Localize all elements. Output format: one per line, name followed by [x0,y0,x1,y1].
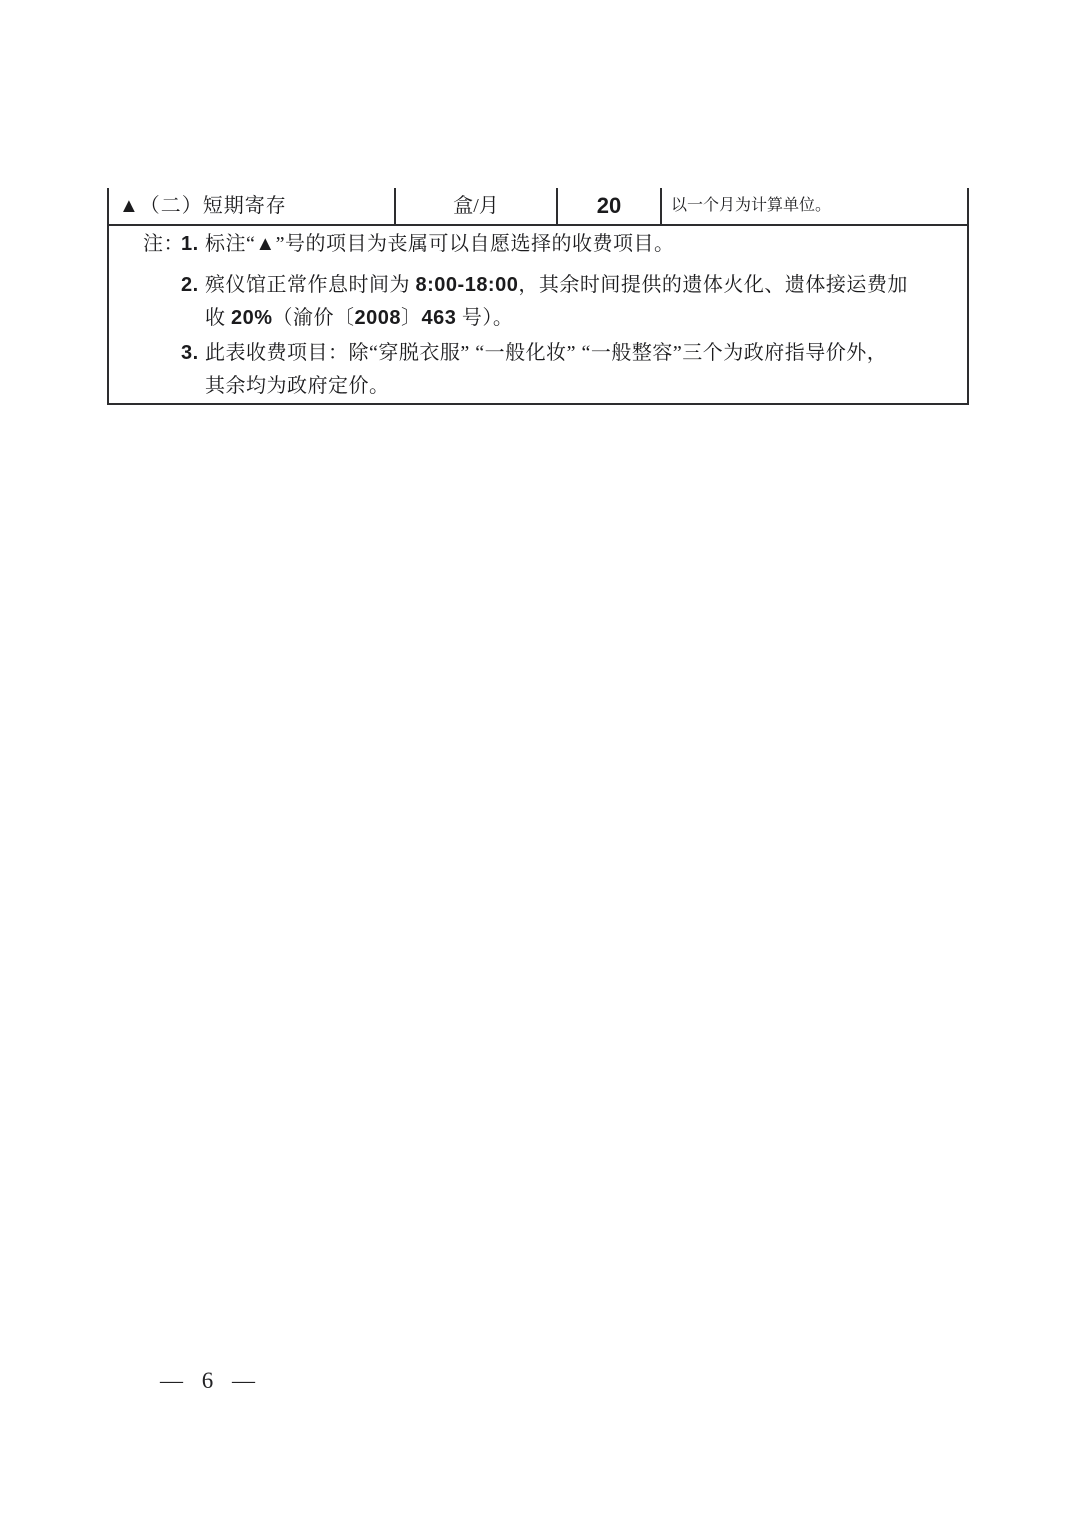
text-segment: 其余均为政府定价。 [205,375,390,397]
cell-item-name: ▲（二）短期寄存 [109,188,396,224]
text-segment: （渝价〔 [273,307,355,329]
text-segment: 此表收费项目：除“穿脱衣服” “一般化妆” “一般整容”三个为政府指导价外， [205,342,887,364]
note-number: 2. [181,269,205,302]
text-segment: 收 [205,307,231,329]
page-number: — 6 — [160,1368,257,1394]
cell-remark: 以一个月为计算单位。 [662,188,967,224]
notes-label: 注： [143,228,181,261]
text-segment: 号）。 [456,307,513,329]
text-segment: 〕 [401,307,422,329]
notes-list: 注：1.标注“▲”号的项目为丧属可以自愿选择的收费项目。2.殡仪馆正常作息时间为… [109,226,967,403]
fee-table-fragment: ▲（二）短期寄存 盒/月 20 以一个月为计算单位。 注：1.标注“▲”号的项目… [107,188,969,405]
note-number: 3. [181,337,205,370]
note-line: 收 20%（渝价〔2008〕463 号）。 [205,302,955,335]
cell-unit: 盒/月 [396,188,558,224]
text-segment: 463 [422,307,457,329]
note-line: 2.殡仪馆正常作息时间为 8:00-18:00，其余时间提供的遗体火化、遗体接运… [181,269,955,302]
cell-price: 20 [558,188,662,224]
note-line: 注：1.标注“▲”号的项目为丧属可以自愿选择的收费项目。 [143,228,955,261]
note-item: 3.此表收费项目：除“穿脱衣服” “一般化妆” “一般整容”三个为政府指导价外，… [143,337,955,403]
text-segment: 2008 [355,307,402,329]
text-segment: 标注“▲”号的项目为丧属可以自愿选择的收费项目。 [205,233,675,255]
note-number: 1. [181,228,205,261]
note-item: 注：1.标注“▲”号的项目为丧属可以自愿选择的收费项目。 [143,228,955,261]
text-segment: 20% [231,307,273,329]
note-line: 其余均为政府定价。 [205,370,955,403]
text-segment: 殡仪馆正常作息时间为 [205,274,416,296]
note-line: 3.此表收费项目：除“穿脱衣服” “一般化妆” “一般整容”三个为政府指导价外， [181,337,955,370]
text-segment: ，其余时间提供的遗体火化、遗体接运费加 [518,274,908,296]
note-item: 2.殡仪馆正常作息时间为 8:00-18:00，其余时间提供的遗体火化、遗体接运… [143,269,955,335]
text-segment: 8:00-18:00 [416,274,519,296]
table-row: ▲（二）短期寄存 盒/月 20 以一个月为计算单位。 [109,188,967,226]
document-page: ▲（二）短期寄存 盒/月 20 以一个月为计算单位。 注：1.标注“▲”号的项目… [0,0,1074,1520]
